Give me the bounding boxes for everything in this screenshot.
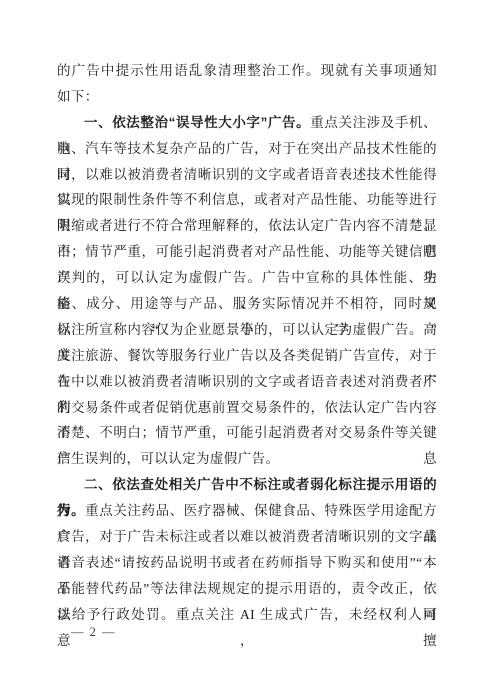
document-page: 的广告中提示性用语乱象清理整治工作。现就有关事项通知如下：一、依法整治“误导性大… xyxy=(0,0,490,684)
document-line: 二、依法查处相关广告中不标注或者弱化标注提示用语的行 xyxy=(57,472,437,498)
document-line: 时，以难以被消费者清晰识别的文字或者语音表述技术性能得以 xyxy=(57,162,437,188)
document-line: 不能替代药品”等法律法规规定的提示用语的，责令改正，依法可 xyxy=(57,576,437,602)
document-line: 实现的限制性条件等不利信息，或者对产品性能、功能等进行明显 xyxy=(57,187,437,213)
document-body: 的广告中提示性用语乱象清理整治工作。现就有关事项通知如下：一、依法整治“误导性大… xyxy=(57,58,437,628)
document-line: 标注所宣称内容仅为企业愿景等的，可以认定为虚假广告。高度 xyxy=(57,317,437,343)
document-line: 一、依法整治“误导性大小字”广告。重点关注涉及手机、电 xyxy=(57,110,437,136)
document-line: 广告，对于广告未标注或者以难以被消费者清晰识别的文字或者 xyxy=(57,524,437,550)
heading-text: 为。 xyxy=(57,503,85,518)
document-line: 清楚、不明白；情节严重，可能引起消费者对交易条件等关键信息 xyxy=(57,420,437,446)
document-line: 如下： xyxy=(57,84,437,110)
document-line: 白；情节严重，可能引起消费者对产品性能、功能等关键信息产生 xyxy=(57,239,437,265)
body-text: 产生误判的，可以认定为虚假广告。 xyxy=(57,451,279,466)
document-line: 关注旅游、餐饮等服务行业广告以及各类促销广告宣传，对于在广 xyxy=(57,343,437,369)
document-line: 误判的，可以认定为虚假广告。广告中宣称的具体性能、功能、规 xyxy=(57,265,437,291)
body-text: 如下： xyxy=(57,89,99,104)
document-line: 格、成分、用途等与产品、服务实际情况并不相符，同时又以“小字” xyxy=(57,291,437,317)
document-line: 为。重点关注药品、医疗器械、保健食品、特殊医学用途配方食品 xyxy=(57,498,437,524)
body-text: 的广告中提示性用语乱象清理整治工作。现就有关事项通知 xyxy=(57,63,437,78)
heading-text: 一、依法整治“误导性大小字”广告。 xyxy=(84,115,310,130)
document-line: 告中以难以被消费者清晰识别的文字或者语音表述对消费者不利 xyxy=(57,369,437,395)
page-number: — 2 — xyxy=(71,622,116,642)
document-line: 脑、汽车等技术复杂产品的广告，对于在突出产品技术性能的同 xyxy=(57,136,437,162)
document-line: 的交易条件或者促销优惠前置交易条件的，依法认定广告内容不 xyxy=(57,395,437,421)
document-line: 的广告中提示性用语乱象清理整治工作。现就有关事项通知 xyxy=(57,58,437,84)
document-line: 限缩或者进行不符合常理解释的，依法认定广告内容不清楚、不明 xyxy=(57,213,437,239)
document-line: 语音表述“请按药品说明书或者在药师指导下购买和使用”“本品 xyxy=(57,550,437,576)
